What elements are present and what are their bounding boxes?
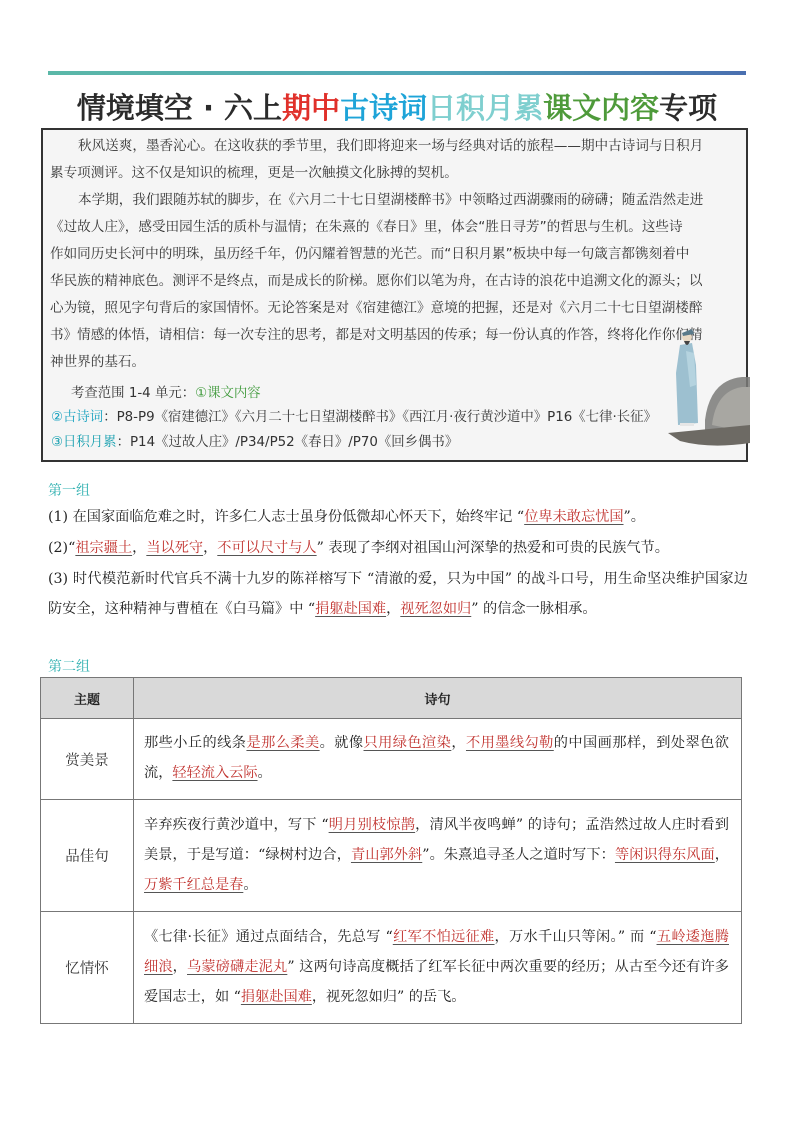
table-row: 忆情怀《七律·长征》通过点面结合，先总写 “红军不怕远征难，万水千山只等闲。” …: [41, 912, 742, 1024]
verse-text: 那些小丘的线条: [144, 735, 246, 751]
verse-text: 。就像: [320, 735, 364, 751]
page-title: 情境填空 · 六上期中古诗词日积月累课文内容专项: [40, 88, 754, 128]
table-row: 品佳句辛弃疾夜行黄沙道中，写下 “明月别枝惊鹊，清风半夜鸣蝉” 的诗句；孟浩然过…: [41, 800, 742, 912]
verse-text: ，万水千山只等闲。” 而 “: [495, 929, 657, 945]
intro-line: 本学期，我们跟随苏轼的脚步，在《六月二十七日望湖楼醉书》中领略过西湖骤雨的磅礴；…: [50, 187, 744, 214]
question-text: ，: [132, 540, 146, 556]
header-rule: [48, 71, 746, 75]
intro-line: 神世界的基石。: [50, 349, 744, 376]
scope-label: 考查范围 1-4 单元：: [71, 386, 195, 401]
question-3: (3) 时代模范新时代官兵不满十九岁的陈祥榕写下 “清澈的爱，只为中国” 的战斗…: [48, 564, 748, 624]
answer-blank[interactable]: 青山郭外斜: [351, 847, 422, 863]
question-text: ”。: [624, 509, 645, 525]
intro-line: 作如同历史长河中的明珠，虽历经千年，仍闪耀着智慧的光芒。而“日积月累”板块中每一…: [50, 241, 744, 268]
question-text: ，: [386, 601, 400, 617]
scope-item-text: ：P14《过故人庄》/P34/P52《春日》/P70《回乡偶书》: [117, 435, 459, 450]
verse-text: ”。朱熹追寻圣人之道时写下：: [422, 847, 615, 863]
intro-line: 累专项测评。这不仅是知识的梳理，更是一次触摸文化脉搏的契机。: [50, 160, 744, 187]
intro-line: 书》情感的体悟，请相信：每一次专注的思考，都是对文明基因的传承；每一份认真的作答…: [50, 322, 744, 349]
answer-blank[interactable]: 红军不怕远征难: [393, 929, 495, 945]
answer-blank[interactable]: 不用墨线勾勒: [466, 735, 554, 751]
answer-blank[interactable]: 明月别枝惊鹊: [329, 817, 416, 833]
poem-table: 主题 诗句 赏美景那些小丘的线条是那么柔美。就像只用绿色渲染，不用墨线勾勒的中国…: [40, 677, 742, 1024]
verse-text: ，: [451, 735, 466, 751]
answer-blank[interactable]: 当以死守: [146, 540, 203, 556]
column-header-verse: 诗句: [134, 678, 742, 719]
question-text: ” 的信念一脉相承。: [471, 601, 596, 617]
answer-blank[interactable]: 是那么柔美: [246, 735, 319, 751]
column-header-theme: 主题: [41, 678, 134, 719]
scope-line-3: ③日积月累：P14《过故人庄》/P34/P52《春日》/P70《回乡偶书》: [51, 433, 458, 453]
question-1: (1) 在国家面临危难之时，许多仁人志士虽身份低微却心怀天下，始终牢记 “位卑未…: [48, 502, 748, 532]
question-text: (1) 在国家面临危难之时，许多仁人志士虽身份低微却心怀天下，始终牢记 “: [48, 509, 524, 525]
intro-line: 《过故人庄》，感受田园生活的质朴与温情；在朱熹的《春日》里，体会“胜日寻芳”的哲…: [50, 214, 744, 241]
scholar-on-boat-illustration: [650, 325, 750, 455]
answer-blank[interactable]: 视死忽如归: [400, 601, 471, 617]
verse-cell: 那些小丘的线条是那么柔美。就像只用绿色渲染，不用墨线勾勒的中国画那样，到处翠色欲…: [134, 719, 742, 800]
question-text: ，: [203, 540, 217, 556]
table-row: 赏美景那些小丘的线条是那么柔美。就像只用绿色渲染，不用墨线勾勒的中国画那样，到处…: [41, 719, 742, 800]
answer-blank[interactable]: 轻轻流入云际: [172, 765, 257, 781]
question-text: ” 表现了李纲对祖国山河深挚的热爱和可贵的民族气节。: [317, 540, 669, 556]
intro-line: 华民族的精神底色。测评不是终点，而是成长的阶梯。愿你们以笔为舟，在古诗的浪花中追…: [50, 268, 744, 295]
scope-item-label: ②古诗词: [51, 410, 103, 425]
theme-cell: 忆情怀: [41, 912, 134, 1024]
verse-cell: 《七律·长征》通过点面结合，先总写 “红军不怕远征难，万水千山只等闲。” 而 “…: [134, 912, 742, 1024]
answer-blank[interactable]: 乌蒙磅礴走泥丸: [187, 959, 287, 975]
title-part: 日积月累: [427, 91, 543, 125]
table-header-row: 主题 诗句: [41, 678, 742, 719]
title-part: 情境填空 · 六上: [77, 91, 282, 125]
verse-text: ，视死忽如归” 的岳飞。: [312, 989, 466, 1005]
answer-blank[interactable]: 不可以尺寸与人: [217, 540, 316, 556]
intro-paragraph-2: 本学期，我们跟随苏轼的脚步，在《六月二十七日望湖楼醉书》中领略过西湖骤雨的磅礴；…: [50, 187, 744, 376]
title-part: 专项: [659, 91, 717, 125]
answer-blank[interactable]: 捐躯赴国难: [241, 989, 312, 1005]
title-part: 期中: [282, 91, 340, 125]
intro-line: 秋风送爽，墨香沁心。在这收获的季节里，我们即将迎来一场与经典对话的旅程——期中古…: [50, 133, 744, 160]
theme-cell: 赏美景: [41, 719, 134, 800]
scope-item-text: ：P8-P9《宿建德江》《六月二十七日望湖楼醉书》《西江月·夜行黄沙道中》P16…: [103, 410, 657, 425]
answer-blank[interactable]: 位卑未敢忘忧国: [524, 509, 623, 525]
scope-item-label: ③日积月累: [51, 435, 117, 450]
intro-paragraph-1: 秋风送爽，墨香沁心。在这收获的季节里，我们即将迎来一场与经典对话的旅程——期中古…: [50, 133, 744, 187]
intro-box: 秋风送爽，墨香沁心。在这收获的季节里，我们即将迎来一场与经典对话的旅程——期中古…: [41, 128, 748, 462]
verse-text: 。: [258, 765, 272, 781]
group-1-label: 第一组: [48, 480, 90, 500]
answer-blank[interactable]: 万紫千红总是春: [144, 877, 243, 893]
verse-text: 。: [243, 877, 257, 893]
answer-blank[interactable]: 捐躯赴国难: [315, 601, 386, 617]
title-part: 古诗词: [340, 91, 427, 125]
scope-line-2: ②古诗词：P8-P9《宿建德江》《六月二十七日望湖楼醉书》《西江月·夜行黄沙道中…: [51, 408, 657, 428]
question-2: (2)“祖宗疆土，当以死守，不可以尺寸与人” 表现了李纲对祖国山河深挚的热爱和可…: [48, 533, 748, 563]
scope-line-1: 考查范围 1-4 单元：①课文内容: [71, 384, 261, 404]
answer-blank[interactable]: 等闲识得东风面: [615, 847, 715, 863]
verse-cell: 辛弃疾夜行黄沙道中，写下 “明月别枝惊鹊，清风半夜鸣蝉” 的诗句；孟浩然过故人庄…: [134, 800, 742, 912]
verse-text: 《七律·长征》通过点面结合，先总写 “: [144, 929, 393, 945]
scope-item-text: ①课文内容: [195, 386, 261, 401]
answer-blank[interactable]: 祖宗疆土: [75, 540, 132, 556]
answer-blank[interactable]: 只用绿色渲染: [364, 735, 452, 751]
verse-text: ，: [715, 847, 729, 863]
intro-line: 心为镜，照见字句背后的家国情怀。无论答案是对《宿建德江》意境的把握，还是对《六月…: [50, 295, 744, 322]
title-part: 课文内容: [543, 91, 659, 125]
verse-text: ，: [173, 959, 187, 975]
question-text: (2)“: [48, 540, 75, 556]
theme-cell: 品佳句: [41, 800, 134, 912]
verse-text: 辛弃疾夜行黄沙道中，写下 “: [144, 817, 329, 833]
group-2-label: 第二组: [48, 656, 90, 676]
